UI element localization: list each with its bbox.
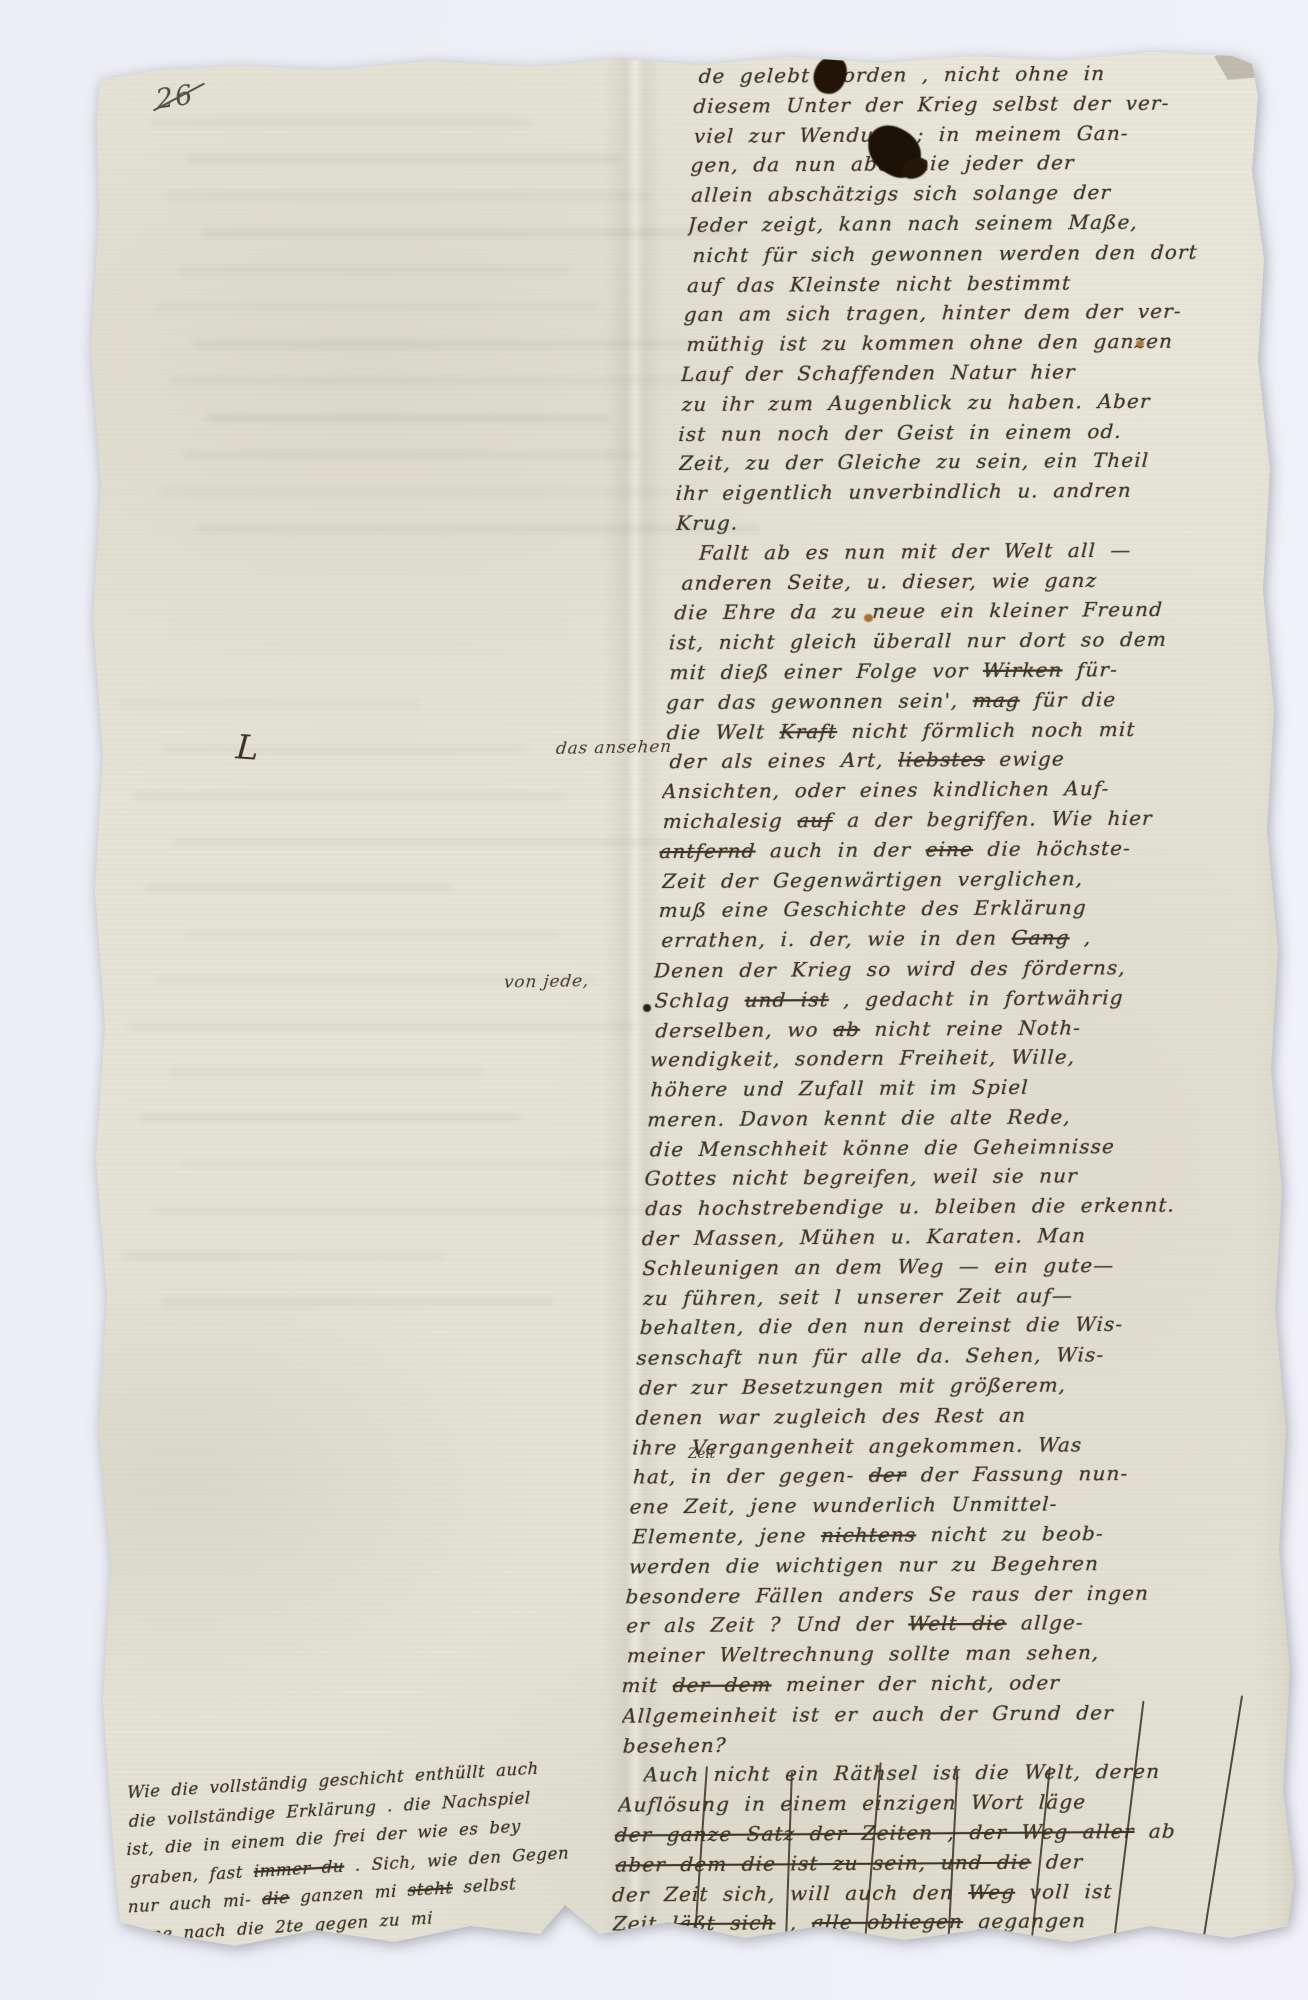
- text-segment: auf das Kleinste nicht bestimmt: [687, 270, 1072, 297]
- bleedthrough-line: [122, 1252, 446, 1260]
- text-segment: a der begriffen. Wie hier: [832, 806, 1153, 832]
- text-segment: nicht zu beob-: [916, 1521, 1105, 1546]
- handwriting-line: der Massen, Mühen u. Karaten. Man: [641, 1220, 1292, 1254]
- handwriting-line: höhere und Zufall mit im Spiel: [650, 1071, 1299, 1105]
- text-segment: Allgemeinheit ist er auch der Grund der: [622, 1700, 1115, 1727]
- struck-text: läßt sich: [671, 1911, 776, 1936]
- struck-text: antfernd: [659, 838, 756, 863]
- struck-text: Welt die: [908, 1611, 1007, 1636]
- bleedthrough-line: [168, 1068, 484, 1076]
- bleedthrough-line: [160, 488, 670, 496]
- text-segment: die Ehre da zu neue ein kleiner Freund: [674, 597, 1164, 624]
- struck-text: aber dem die ist zu sein, und die: [615, 1849, 1032, 1876]
- struck-text: der: [868, 1463, 907, 1487]
- handwriting-line: Zeit der Gegenwärtigen verglichen,: [661, 862, 1308, 896]
- ink-blot: [856, 42, 866, 52]
- struck-text: immer du: [254, 1856, 345, 1880]
- handwriting-line: Krug.: [676, 505, 1308, 539]
- handwriting-line: Weg des Gnaden den . Er ist noch: [613, 1935, 1260, 1969]
- handwritten-text-column: de gelebt worden , nicht ohne indiesem U…: [609, 57, 1308, 1969]
- handwriting-line: derselben, wo ab nicht reine Noth-: [655, 1011, 1302, 1045]
- bleedthrough-line: [201, 229, 740, 237]
- handwriting-line: errathen, i. der, wie in den Gang ,: [661, 922, 1306, 956]
- handwriting-line: Schlag und ist , gedacht in fortwährig: [654, 981, 1303, 1015]
- handwriting-line: wendigkeit, sondern Freiheit, Wille,: [649, 1041, 1300, 1075]
- text-segment: ene Zeit, jene wunderlich Unmittel-: [629, 1492, 1058, 1519]
- handwriting-line: antfernd auch in der eine die höchste-: [659, 832, 1308, 866]
- handwriting-line: Auflösung in einem einzigen Wort läge: [617, 1786, 1266, 1820]
- handwriting-line: ist, nicht gleich überall nur dort so de…: [668, 624, 1308, 658]
- bleedthrough-line: [173, 838, 674, 846]
- struck-text: Weg: [968, 1879, 1016, 1903]
- bleedthrough-line: [144, 884, 452, 892]
- text-segment: zu ihr zum Augenblick zu haben. Aber: [681, 389, 1151, 416]
- handwriting-line: Zeit läßt sich , alle obliegen gegangen: [612, 1905, 1261, 1939]
- handwriting-line: mit dieß einer Folge vor Wirken für-: [669, 654, 1308, 688]
- text-segment: Schlag: [654, 987, 745, 1012]
- text-segment: ab: [1134, 1819, 1176, 1843]
- bleedthrough-line: [180, 1160, 630, 1168]
- text-segment: mit: [621, 1673, 673, 1697]
- text-segment: gar das gewonnen sein',: [666, 688, 974, 714]
- text-segment: auch in der: [755, 837, 926, 862]
- text-segment: Ansichten, oder eines kindlichen Auf-: [662, 776, 1110, 803]
- handwriting-line: Ansichten, oder eines kindlichen Auf-: [661, 773, 1308, 807]
- handwriting-line: mit der dem meiner der nicht, oder: [621, 1667, 1272, 1701]
- text-segment: der als eines Art,: [669, 748, 899, 774]
- handwriting-line: Fallt ab es nun mit der Welt all —: [698, 534, 1308, 568]
- handwriting-line: besehen?: [622, 1727, 1269, 1761]
- handwriting-line: behalten, die den nun dereinst die Wis-: [639, 1309, 1288, 1343]
- handwriting-line: denen war zugleich des Rest an: [635, 1399, 1284, 1433]
- bleedthrough-line: [132, 792, 566, 800]
- text-segment: nicht für sich gewonnen werden den dort: [692, 239, 1198, 267]
- handwriting-line: allein abschätzigs sich solange der: [691, 177, 1308, 211]
- text-segment: allge-: [1006, 1611, 1084, 1636]
- text-segment: ist nun noch der Geist in einem od.: [678, 419, 1123, 446]
- struck-text: Wirken: [982, 657, 1063, 682]
- text-segment: Zeit der Gegenwärtigen verglichen,: [662, 866, 1084, 893]
- struck-text: Kraft: [779, 718, 837, 742]
- text-segment: muß eine Geschichte des Erklärung: [658, 896, 1087, 923]
- handwriting-line: de gelebt worden , nicht ohne in: [698, 57, 1308, 91]
- text-segment: gegangen: [963, 1909, 1087, 1934]
- text-segment: derselben, wo: [655, 1017, 834, 1042]
- bleedthrough-line: [183, 451, 640, 459]
- bleedthrough-line: [169, 377, 720, 385]
- text-segment: ihr eigentlich unverbindlich u. andren: [675, 478, 1132, 505]
- handwriting-line: gan am sich tragen, hinter dem der ver-: [683, 296, 1308, 330]
- text-segment: meiner der nicht, oder: [771, 1670, 1060, 1696]
- handwriting-line: Jeder zeigt, kann nach seinem Maße,: [687, 206, 1308, 240]
- handwriting-line: aber dem die ist zu sein, und die der: [615, 1846, 1264, 1880]
- text-segment: nicht förmlich noch mit: [837, 716, 1137, 742]
- handwriting-line: Lauf der Schaffenden Natur hier: [680, 355, 1308, 389]
- bleedthrough-line: [150, 118, 530, 126]
- text-segment: besondere Fällen anders Se raus der inge…: [625, 1580, 1150, 1608]
- text-segment: hat, in der gegen-: [633, 1463, 870, 1489]
- text-segment: mit dieß einer Folge vor: [669, 658, 983, 684]
- handwriting-line: ihr eigentlich unverbindlich u. andren: [675, 475, 1308, 509]
- text-segment: voll ist: [1015, 1879, 1114, 1904]
- handwriting-line: der als eines Art, liebstes ewige: [669, 743, 1308, 777]
- text-segment: Lauf der Schaffenden Natur hier: [681, 359, 1077, 386]
- struck-text: ab: [833, 1016, 861, 1040]
- margin-note-1: das ansehen: [555, 737, 673, 759]
- text-segment: Gottes nicht begreifen, weil sie nur: [644, 1164, 1078, 1191]
- text-segment: gan am sich tragen, hinter dem der ver-: [683, 299, 1182, 326]
- text-segment: der Zeit sich, will auch den: [612, 1880, 969, 1906]
- text-segment: senschaft nun für alle da. Sehen, Wis-: [636, 1342, 1105, 1369]
- text-segment: höhere und Zufall mit im Spiel: [650, 1075, 1029, 1102]
- bleedthrough-line: [187, 155, 620, 163]
- text-segment: meren. Davon kennt die alte Rede,: [647, 1104, 1072, 1131]
- text-segment: werden die wichtigen nur zu Begehren: [628, 1551, 1099, 1578]
- handwriting-line: ist nun noch der Geist in einem od.: [678, 415, 1308, 449]
- bleedthrough-line: [164, 192, 650, 200]
- handwriting-line: der zur Besetzungen mit größerem,: [638, 1369, 1285, 1403]
- bleedthrough-line: [151, 1206, 668, 1214]
- text-segment: das hochstrebendige u. bleiben die erken…: [645, 1193, 1176, 1221]
- manuscript-paper: 26 L das ansehen von jede, de gelebt wor…: [0, 0, 1308, 2000]
- text-segment: Zeit: [612, 1912, 672, 1936]
- struck-text: alle obliegen: [811, 1910, 963, 1935]
- text-segment: Krug.: [676, 511, 739, 535]
- struck-text: auf: [797, 808, 834, 832]
- text-segment: Denen der Krieg so wird des förderns,: [654, 955, 1127, 982]
- text-segment: de gelebt worden , nicht ohne in: [698, 61, 1106, 88]
- text-segment: allein abschätzigs sich solange der: [691, 180, 1112, 207]
- text-segment: besehen?: [622, 1732, 727, 1757]
- ink-blot: [643, 1004, 651, 1012]
- stray-pen-mark: L: [235, 727, 260, 768]
- text-segment: Schleunigen an dem Weg — ein gute—: [642, 1253, 1115, 1280]
- handwriting-line: der ganze Satz der Zeiten , der Weg alle…: [614, 1816, 1265, 1850]
- bleedthrough-line: [139, 1114, 522, 1122]
- handwriting-line: die Welt Kraft nicht förmlich noch mit: [666, 713, 1308, 747]
- struck-text: die: [262, 1888, 290, 1909]
- text-segment: zu führen, seit l unserer Zeit auf—: [643, 1283, 1074, 1310]
- struck-text: der dem: [672, 1672, 772, 1697]
- handwriting-line: der Zeit sich, will auch den Weg voll is…: [611, 1876, 1262, 1910]
- text-segment: Elemente, jene: [632, 1523, 822, 1548]
- text-segment: , gedacht in fortwährig: [828, 985, 1124, 1011]
- handwriting-line: zu führen, seit l unserer Zeit auf—: [642, 1279, 1289, 1313]
- text-segment: müthig ist zu kommen ohne den ganzen: [686, 329, 1174, 356]
- text-segment: er als Zeit ? Und der: [626, 1612, 909, 1638]
- struck-text: liebstes: [898, 747, 986, 772]
- handwriting-line: Denen der Krieg so wird des förderns,: [653, 952, 1304, 986]
- struck-text: nichtens: [821, 1522, 917, 1547]
- handwriting-line: meren. Davon kennt die alte Rede,: [647, 1101, 1298, 1135]
- handwriting-line: michalesig auf a der begriffen. Wie hier: [662, 803, 1308, 837]
- handwriting-line: muß eine Geschichte des Erklärung: [658, 892, 1307, 926]
- bleedthrough-line: [163, 1298, 554, 1306]
- handwriting-line: anderen Seite, u. dieser, wie ganz: [681, 564, 1308, 598]
- handwriting-line: Schleunigen an dem Weg — ein gute—: [642, 1250, 1291, 1284]
- interlinear-insertion: Zeit: [688, 1446, 715, 1462]
- struck-text: steht: [408, 1878, 453, 1900]
- handwriting-line: diesem Unter der Krieg selbst der ver-: [693, 87, 1308, 121]
- handwriting-line: meiner Weltrechnung sollte man sehen,: [626, 1637, 1273, 1671]
- bleedthrough-line: [161, 746, 528, 754]
- handwriting-line: Elemente, jene nichtens nicht zu beob-: [632, 1518, 1279, 1552]
- text-segment: die Welt: [666, 719, 780, 744]
- handwriting-line: müthig ist zu kommen ohne den ganzen: [686, 326, 1308, 360]
- handwriting-line: besondere Fällen anders Se raus der inge…: [625, 1578, 1276, 1612]
- struck-text: und ist: [744, 987, 829, 1012]
- handwriting-line: senschaft nun für alle da. Sehen, Wis-: [636, 1339, 1287, 1373]
- handwriting-line: hat, in der gegen- der der Fassung nun-: [632, 1458, 1281, 1492]
- handwriting-line: werden die wichtigen nur zu Begehren: [628, 1548, 1277, 1582]
- struck-text: mag: [972, 687, 1020, 711]
- text-segment: nur auch mi-: [128, 1890, 262, 1917]
- handwriting-line: das hochstrebendige u. bleiben die erken…: [645, 1190, 1294, 1224]
- struck-text: eine: [925, 837, 973, 861]
- text-segment: wendigkeit, sondern Freiheit, Wille,: [649, 1045, 1075, 1072]
- text-segment: Jeder zeigt, kann nach seinem Maße,: [687, 210, 1138, 237]
- text-segment: Fallt ab es nun mit der Welt all —: [698, 538, 1132, 565]
- text-segment: nicht reine Noth-: [860, 1015, 1082, 1041]
- handwriting-line: viel zur Wendung ; in meinem Gan-: [693, 117, 1308, 151]
- text-segment: anderen Seite, u. dieser, wie ganz: [681, 568, 1098, 595]
- text-segment: meiner Weltrechnung sollte man sehen,: [626, 1640, 1100, 1667]
- handwriting-line: auf das Kleinste nicht bestimmt: [686, 266, 1308, 300]
- handwriting-line: ihre Vergangenheit angekommen. Was: [632, 1429, 1283, 1463]
- text-segment: ganzen mi: [289, 1881, 407, 1907]
- bleedthrough-line: [155, 303, 600, 311]
- text-segment: denen war zugleich des Rest an: [635, 1403, 1027, 1430]
- handwriting-line: Zeit, zu der Gleiche zu sein, ein Theil: [678, 445, 1308, 479]
- text-segment: diesem Unter der Krieg selbst der ver-: [693, 90, 1170, 117]
- text-segment: die höchste-: [973, 836, 1132, 861]
- bleedthrough-line: [127, 1022, 636, 1030]
- handwriting-line: Allgemeinheit ist er auch der Grund der: [622, 1697, 1271, 1731]
- handwriting-line: ene Zeit, jene wunderlich Unmittel-: [629, 1488, 1280, 1522]
- bleedthrough-line: [192, 340, 690, 348]
- bleedthrough-line: [178, 266, 570, 274]
- handwriting-line: nicht für sich gewonnen werden den dort: [692, 236, 1308, 270]
- text-segment: ewige: [984, 747, 1065, 772]
- text-segment: michalesig: [662, 808, 798, 833]
- text-segment: ,: [775, 1911, 812, 1935]
- struck-text: Gang: [1011, 925, 1070, 949]
- margin-note-2: von jede,: [503, 971, 590, 992]
- handwriting-line: zu ihr zum Augenblick zu haben. Aber: [681, 385, 1308, 419]
- bleedthrough-line: [185, 930, 560, 938]
- text-segment: selbst: [453, 1875, 517, 1898]
- text-segment: der Fassung nun-: [906, 1461, 1129, 1487]
- rust-fleck: [864, 614, 873, 622]
- text-segment: die Menschheit könne die Geheimnisse: [649, 1134, 1115, 1161]
- text-segment: der Massen, Mühen u. Karaten. Man: [641, 1223, 1086, 1250]
- text-segment: Auch nicht ein Räthsel ist die Welt, der…: [643, 1759, 1161, 1787]
- text-segment: der zur Besetzungen mit größerem,: [639, 1372, 1067, 1399]
- text-segment: für die: [1019, 687, 1116, 712]
- text-segment: ,: [1069, 925, 1092, 949]
- handwriting-line: gen, da nun aber nie jeder der: [690, 147, 1308, 181]
- bleedthrough-line: [120, 700, 420, 708]
- text-segment: Zeit, zu der Gleiche zu sein, ein Theil: [679, 448, 1150, 475]
- manuscript-page-wrapper: 26 L das ansehen von jede, de gelebt wor…: [0, 0, 1308, 2000]
- text-segment: errathen, i. der, wie in den: [661, 926, 1012, 952]
- text-segment: graben, fast: [130, 1862, 254, 1888]
- handwriting-line: die Ehre da zu neue ein kleiner Freund: [674, 594, 1308, 628]
- handwriting-line: er als Zeit ? Und der Welt die allge-: [626, 1607, 1275, 1641]
- text-segment: behalten, die den nun dereinst die Wis-: [639, 1312, 1124, 1339]
- text-segment: ist, nicht gleich überall nur dort so de…: [668, 627, 1167, 654]
- handwriting-line: die Menschheit könne die Geheimnisse: [649, 1130, 1296, 1164]
- handwriting-line: gar das gewonnen sein', mag für die: [666, 683, 1308, 717]
- bottom-left-note-block: Wie die vollständig geschicht enthüllt a…: [125, 1752, 578, 1951]
- text-segment: Weg des Gnaden den . Er ist noch: [613, 1939, 1041, 1966]
- text-segment: Auflösung in einem einzigen Wort läge: [618, 1789, 1087, 1816]
- text-segment: für-: [1062, 657, 1119, 681]
- rust-fleck: [1136, 340, 1144, 347]
- bleedthrough-line: [206, 414, 610, 422]
- handwriting-line: Gottes nicht begreifen, weil sie nur: [644, 1160, 1295, 1194]
